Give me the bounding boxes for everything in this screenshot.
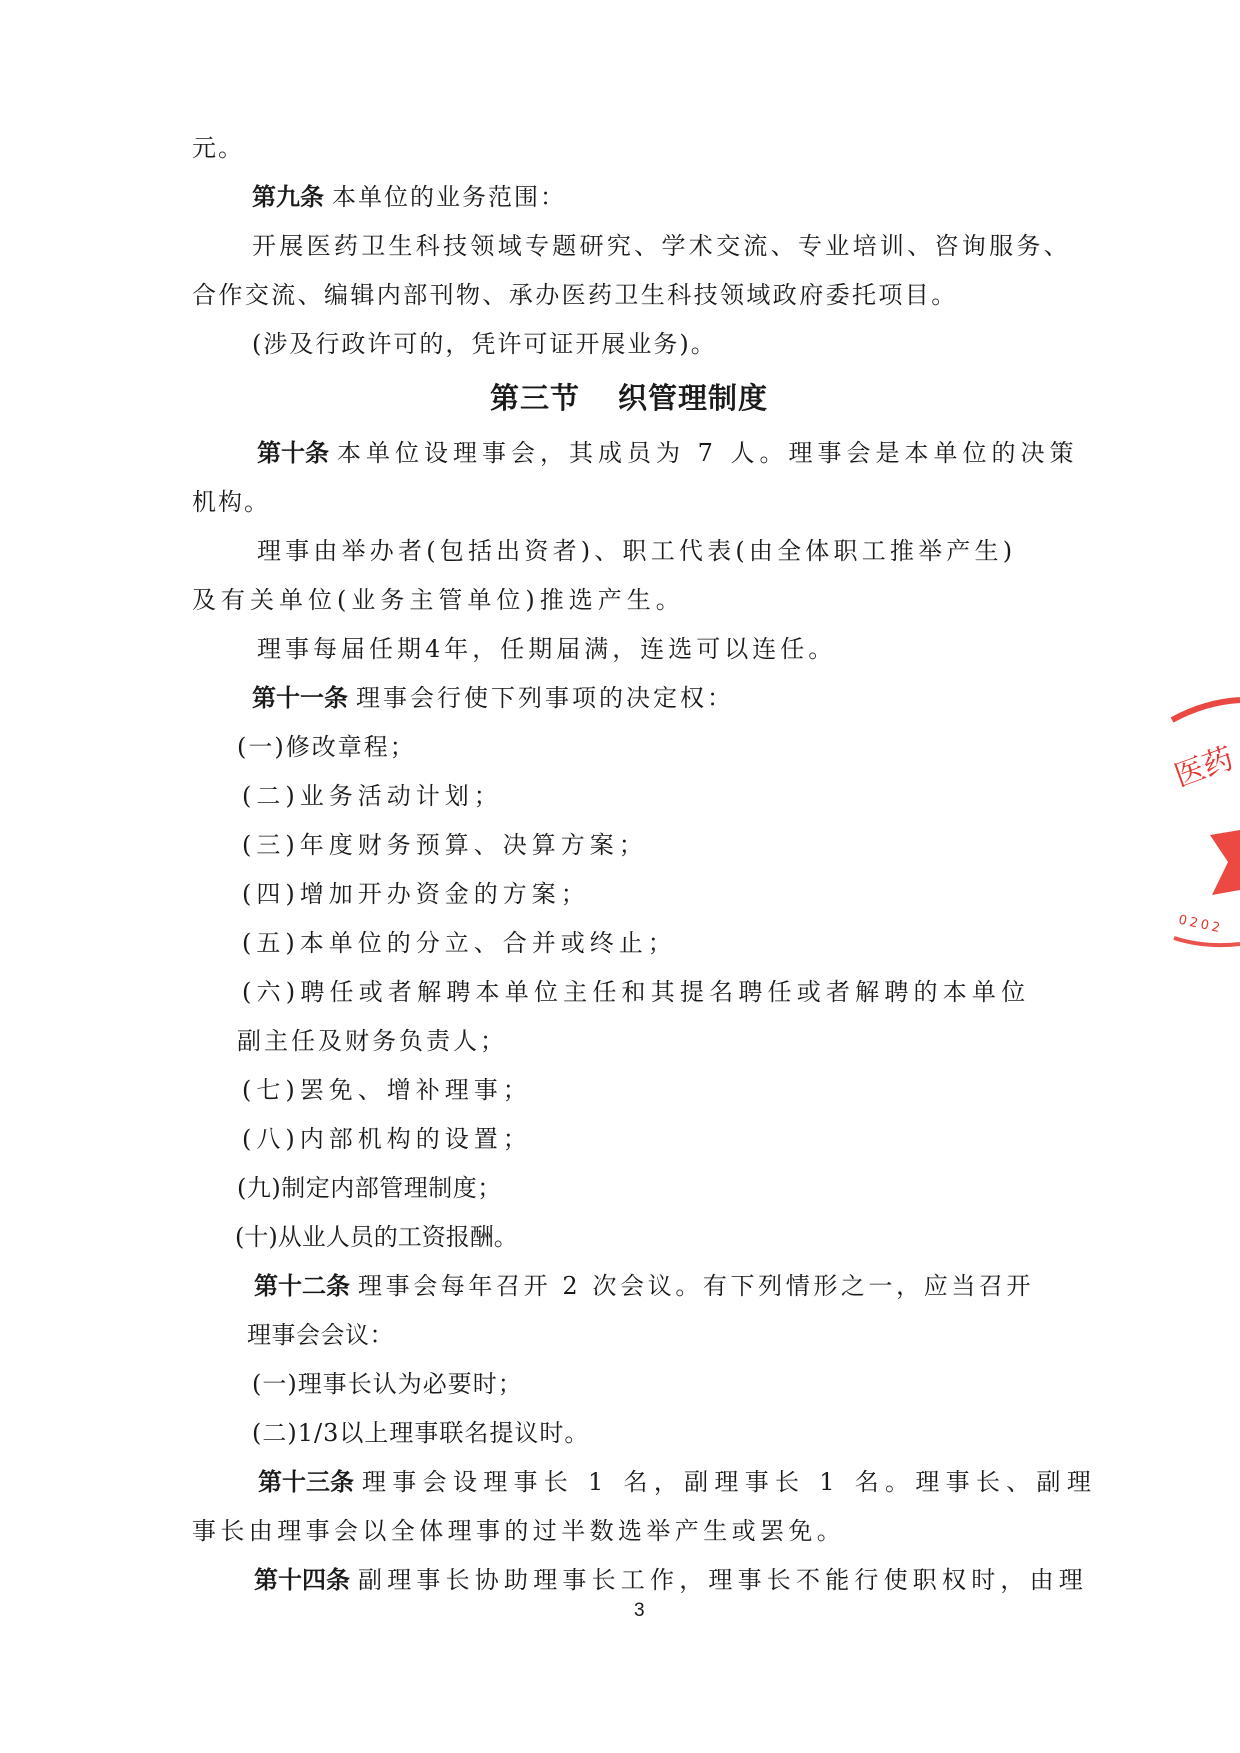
text-line: 理事每届任期4年，任期届满，连选可以连任。 (257, 634, 836, 664)
article-10: 第十条本单位设理事会，其成员为 7 人。理事会是本单位的决策 (257, 438, 1079, 468)
article-text: 副理事长协助理事长工作，理事长不能行使职权时，由理 (358, 1566, 1088, 1594)
article-13: 第十三条理事会设理事长 1 名，副理事长 1 名。理事长、副理 (258, 1467, 1097, 1497)
list-item: (八)内部机构的设置； (242, 1124, 532, 1154)
text-line: (涉及行政许可的，凭许可证开展业务)。 (252, 329, 717, 359)
svg-text:0202: 0202 (1177, 913, 1224, 937)
article-label: 第十三条 (258, 1468, 354, 1496)
article-text: 理事会设理事长 1 名，副理事长 1 名。理事长、副理 (362, 1468, 1097, 1496)
article-label: 第十四条 (254, 1566, 350, 1594)
article-14: 第十四条副理事长协助理事长工作，理事长不能行使职权时，由理 (254, 1565, 1088, 1595)
section-number: 第三节 (490, 381, 580, 415)
text-line: 及有关单位(业务主管单位)推选产生。 (192, 585, 685, 615)
list-item: 副主任及财务负责人； (237, 1026, 507, 1056)
list-item: (一)修改章程； (237, 732, 416, 762)
text-line: 开展医药卫生科技领域专题研究、学术交流、专业培训、咨询服务、 (252, 231, 1071, 261)
official-seal-stamp: 医药 0202 (1160, 690, 1240, 950)
article-text: 本单位设理事会，其成员为 7 人。理事会是本单位的决策 (337, 439, 1079, 467)
article-12: 第十二条理事会每年召开 2 次会议。有下列情形之一，应当召开 (254, 1271, 1034, 1301)
text-line: 理事会会议： (247, 1320, 394, 1350)
list-item: (十)从业人员的工资报酬。 (235, 1222, 518, 1252)
article-label: 第九条 (252, 183, 324, 211)
list-item: (二)业务活动计划； (242, 781, 503, 811)
list-item: (五)本单位的分立、合并或终止； (242, 928, 677, 958)
text-line: 理事由举办者(包括出资者)、职工代表(由全体职工推举产生) (257, 536, 1016, 566)
text-line: 合作交流、编辑内部刊物、承办医药卫生科技领域政府委托项目。 (192, 280, 958, 310)
list-item: (四)增加开办资金的方案； (242, 879, 590, 909)
section-title: 织管理制度 (618, 381, 768, 415)
section-heading: 第三节织管理制度 (490, 376, 768, 417)
seal-icon: 医药 0202 (1160, 690, 1240, 950)
article-text: 理事会每年召开 2 次会议。有下列情形之一，应当召开 (358, 1272, 1034, 1300)
list-item: (六)聘任或者解聘本单位主任和其提名聘任或者解聘的本单位 (242, 977, 1030, 1007)
text-line: 机构。 (192, 487, 270, 517)
seal-text: 医药 (1170, 741, 1238, 794)
article-11: 第十一条理事会行使下列事项的决定权： (252, 683, 734, 713)
list-item: (九)制定内部管理制度； (237, 1173, 502, 1203)
article-label: 第十二条 (254, 1272, 350, 1300)
article-9: 第九条本单位的业务范围： (252, 182, 566, 212)
page-number: 3 (634, 1600, 645, 1622)
article-label: 第十条 (257, 439, 329, 467)
article-text: 理事会行使下列事项的决定权： (356, 684, 734, 712)
text-line: 元。 (192, 133, 244, 163)
list-item: (二)1/3以上理事联名提议时。 (252, 1418, 589, 1448)
article-label: 第十一条 (252, 684, 348, 712)
list-item: (一)理事长认为必要时； (252, 1369, 523, 1399)
text-line: 事长由理事会以全体理事的过半数选举产生或罢免。 (192, 1516, 845, 1546)
list-item: (三)年度财务预算、决算方案； (242, 830, 648, 860)
article-text: 本单位的业务范围： (332, 183, 566, 211)
list-item: (七)罢免、增补理事； (242, 1075, 532, 1105)
document-page: 元。 第九条本单位的业务范围： 开展医药卫生科技领域专题研究、学术交流、专业培训… (0, 0, 1240, 1753)
